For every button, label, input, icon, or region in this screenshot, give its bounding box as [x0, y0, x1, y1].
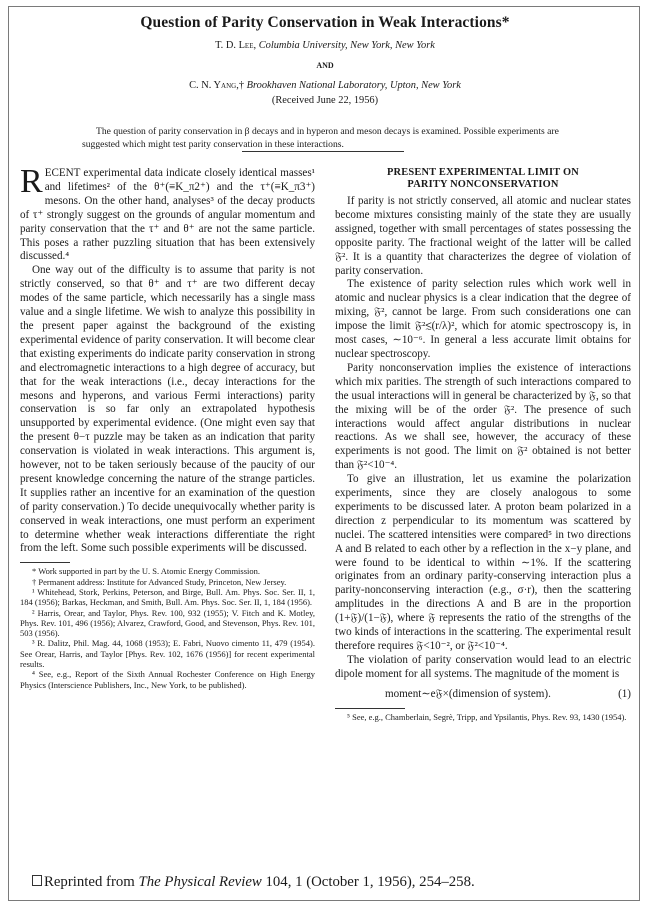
footnote: ⁵ See, e.g., Chamberlain, Segrè, Tripp, …: [335, 712, 631, 722]
footnote: † Permanent address: Institute for Advan…: [20, 577, 315, 587]
body-paragraph: The violation of parity conservation wou…: [335, 654, 631, 682]
author-line-2: C. N. Yang,† Brookhaven National Laborat…: [0, 80, 650, 91]
body-paragraph: One way out of the difficulty is to assu…: [20, 264, 315, 556]
received-date: (Received June 22, 1956): [0, 95, 650, 106]
equation-body: moment∼e𝔉×(dimension of system).: [385, 688, 551, 702]
author-1-name: T. D. Lee: [215, 40, 253, 51]
footnote-divider: [20, 562, 70, 563]
body-paragraph: If parity is not strictly conserved, all…: [335, 195, 631, 278]
right-column: PRESENT EXPERIMENTAL LIMIT ON PARITY NON…: [335, 167, 631, 722]
drop-cap: R: [20, 168, 43, 196]
and-separator: AND: [0, 61, 650, 70]
footnote: ⁴ See, e.g., Report of the Sixth Annual …: [20, 669, 315, 690]
abstract-divider: [242, 151, 404, 152]
body-paragraph: Parity nonconservation implies the exist…: [335, 362, 631, 473]
equation-1: moment∼e𝔉×(dimension of system). (1): [335, 688, 631, 702]
body-paragraph: The existence of parity selection rules …: [335, 278, 631, 361]
left-column: RECENT experimental data indicate closel…: [20, 167, 315, 690]
author-2-name: C. N. Yang,†: [189, 80, 244, 91]
equation-number: (1): [618, 688, 631, 702]
footnote: ² Harris, Orear, and Taylor, Phys. Rev. …: [20, 608, 315, 639]
reprint-notice: Reprinted from The Physical Review 104, …: [32, 874, 475, 891]
author-line-1: T. D. Lee, Columbia University, New York…: [0, 40, 650, 51]
author-1-affiliation: Columbia University, New York, New York: [259, 40, 435, 51]
intro-paragraph: RECENT experimental data indicate closel…: [20, 167, 315, 264]
footnote: * Work supported in part by the U. S. At…: [20, 566, 315, 576]
footnote-divider: [335, 708, 405, 709]
journal-name: The Physical Review: [139, 874, 262, 890]
square-bullet-icon: [32, 875, 42, 886]
body-paragraph: To give an illustration, let us examine …: [335, 473, 631, 654]
footnote: ³ R. Dalitz, Phil. Mag. 44, 1068 (1953);…: [20, 638, 315, 669]
section-heading: PRESENT EXPERIMENTAL LIMIT ON PARITY NON…: [335, 167, 631, 191]
paper-title: Question of Parity Conservation in Weak …: [0, 14, 650, 32]
footnote: ¹ Whitehead, Stork, Perkins, Peterson, a…: [20, 587, 315, 608]
author-2-affiliation: Brookhaven National Laboratory, Upton, N…: [247, 80, 461, 91]
abstract: The question of parity conservation in β…: [82, 125, 582, 151]
